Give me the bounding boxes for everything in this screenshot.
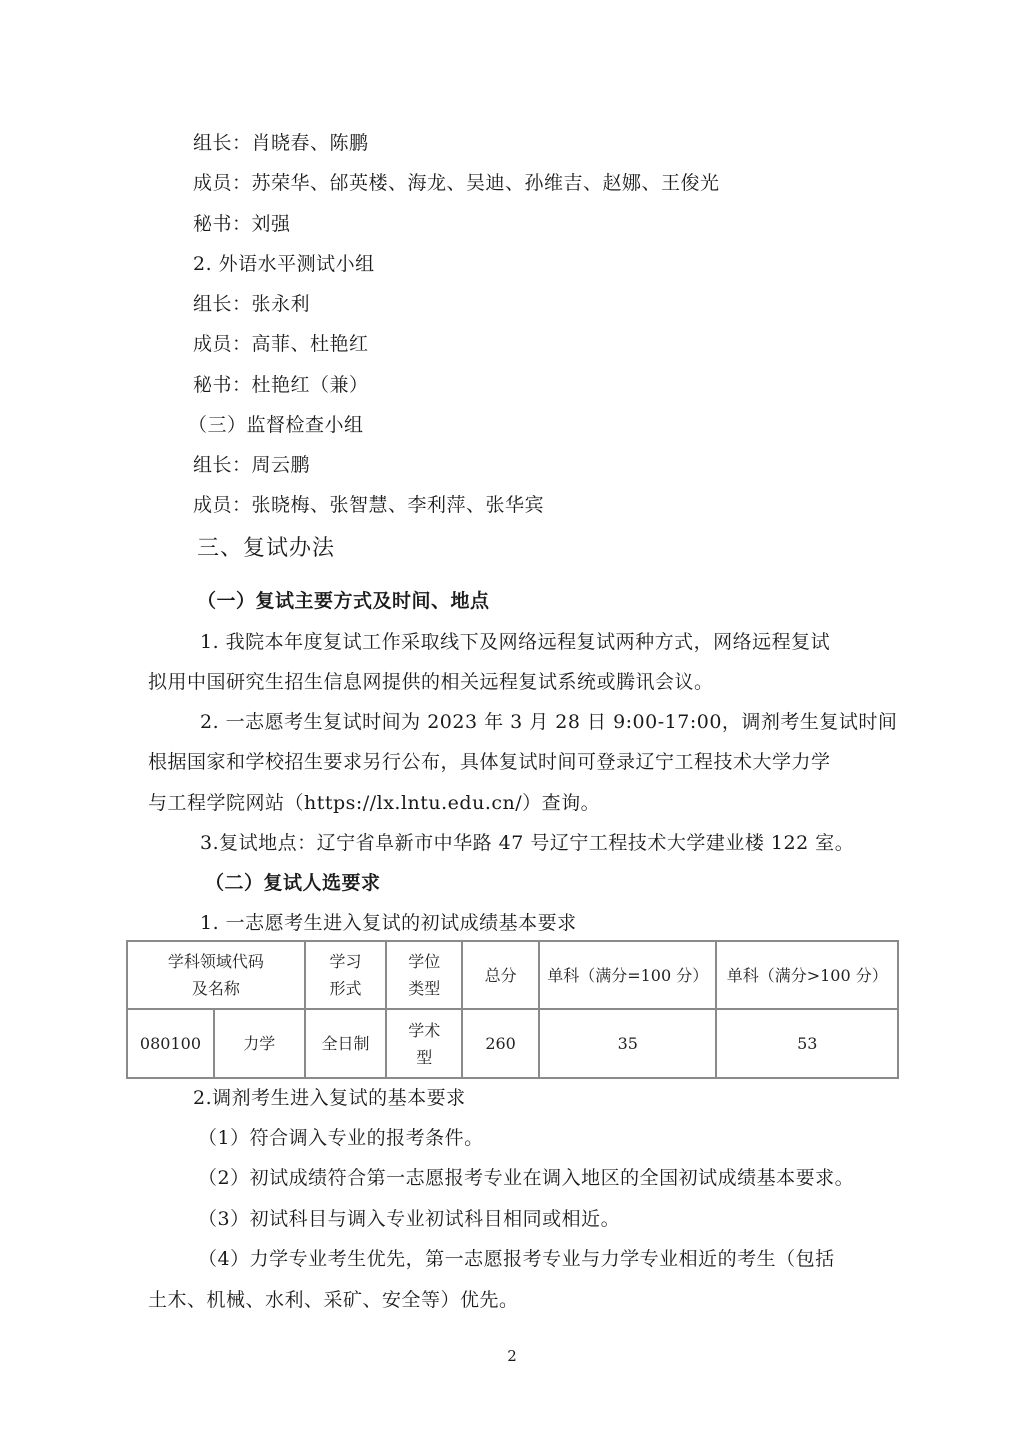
section-title: 三、复试办法 — [197, 537, 335, 561]
cell-name: 力学 — [214, 1009, 305, 1078]
score-requirements-table: 学科领域代码 及名称 学习 形式 学位 类型 总分 单科（满分=100 分） 单… — [126, 940, 899, 1079]
paragraph-line: 2. 一志愿考生复试时间为 2023 年 3 月 28 日 9:00-17:00… — [200, 710, 897, 734]
page-number: 2 — [0, 1347, 1024, 1365]
cell-degree-type: 学术 型 — [386, 1009, 462, 1078]
cell-study-form: 全日制 — [305, 1009, 387, 1078]
requirement-item: （4）力学专业考生优先，第一志愿报考专业与力学专业相近的考生（包括 — [198, 1247, 835, 1271]
header-total: 总分 — [462, 941, 539, 1009]
header-study-form: 学习 形式 — [305, 941, 387, 1009]
group-leader-line: 组长：周云鹏 — [193, 453, 310, 477]
group-leader-line: 组长：张永利 — [193, 292, 310, 316]
group-members-line: 成员：张晓梅、张智慧、李利萍、张华宾 — [193, 493, 544, 517]
header-discipline: 学科领域代码 及名称 — [127, 941, 305, 1009]
supervision-group-title: （三）监督检查小组 — [188, 413, 364, 437]
requirement-item: （3）初试科目与调入专业初试科目相同或相近。 — [198, 1207, 620, 1231]
header-single-100: 单科（满分=100 分） — [539, 941, 716, 1009]
requirement-title: 2.调剂考生进入复试的基本要求 — [193, 1086, 466, 1110]
paragraph-line: 与工程学院网站（https://lx.lntu.edu.cn/）查询。 — [148, 791, 600, 815]
requirement-item-continued: 土木、机械、水利、采矿、安全等）优先。 — [148, 1288, 519, 1312]
group-leader-line: 组长：肖晓春、陈鹏 — [193, 131, 369, 155]
group-members-line: 成员：苏荣华、邰英楼、海龙、吴迪、孙维吉、赵娜、王俊光 — [193, 171, 720, 195]
cell-single-100: 35 — [539, 1009, 716, 1078]
paragraph-line: 根据国家和学校招生要求另行公布，具体复试时间可登录辽宁工程技术大学力学 — [148, 750, 831, 774]
cell-single-gt100: 53 — [716, 1009, 898, 1078]
cell-code: 080100 — [127, 1009, 214, 1078]
paragraph-line: 拟用中国研究生招生信息网提供的相关远程复试系统或腾讯会议。 — [148, 670, 714, 694]
cell-total: 260 — [462, 1009, 539, 1078]
table-header-row: 学科领域代码 及名称 学习 形式 学位 类型 总分 单科（满分=100 分） 单… — [127, 941, 898, 1009]
requirement-item: （1）符合调入专业的报考条件。 — [198, 1126, 484, 1150]
requirement-title: 1. 一志愿考生进入复试的初试成绩基本要求 — [200, 911, 577, 935]
foreign-language-group-title: 2. 外语水平测试小组 — [193, 252, 375, 276]
paragraph-line: 3.复试地点：辽宁省阜新市中华路 47 号辽宁工程技术大学建业楼 122 室。 — [200, 831, 854, 855]
group-secretary-line: 秘书：刘强 — [193, 212, 291, 236]
subsection-title: （一）复试主要方式及时间、地点 — [197, 589, 490, 613]
subsection-title: （二）复试人选要求 — [205, 871, 381, 895]
group-members-line: 成员：高菲、杜艳红 — [193, 332, 369, 356]
header-single-gt100: 单科（满分>100 分） — [716, 941, 898, 1009]
table-row: 080100 力学 全日制 学术 型 260 35 53 — [127, 1009, 898, 1078]
header-degree-type: 学位 类型 — [386, 941, 462, 1009]
group-secretary-line: 秘书：杜艳红（兼） — [193, 373, 369, 397]
requirement-item: （2）初试成绩符合第一志愿报考专业在调入地区的全国初试成绩基本要求。 — [198, 1166, 854, 1190]
paragraph-line: 1. 我院本年度复试工作采取线下及网络远程复试两种方式，网络远程复试 — [200, 630, 830, 654]
